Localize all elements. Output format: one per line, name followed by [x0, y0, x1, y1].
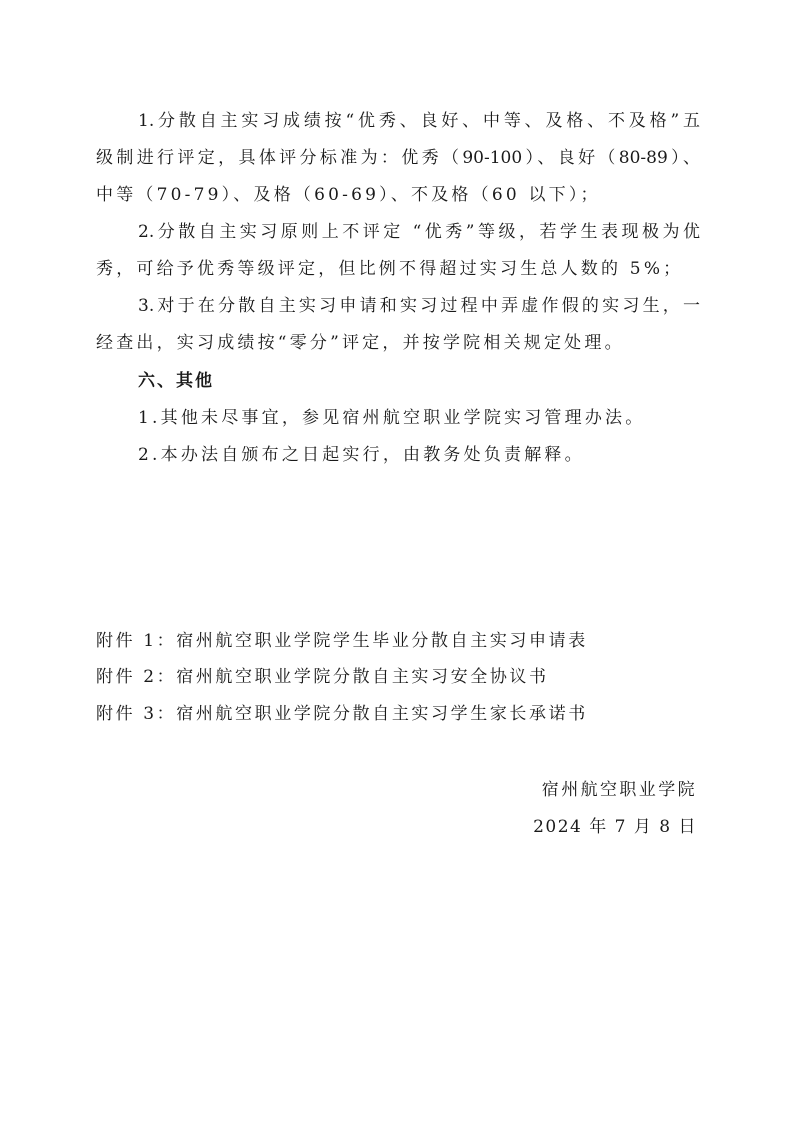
attachment-2: 附件 2：宿州航空职业学院分散自主实习安全协议书 [96, 666, 700, 688]
grading-item-1-line-1: 1.分散自主实习成绩按“优秀、良好、中等、及格、不及格”五 [138, 110, 700, 132]
grading-item-3-line-2: 经查出，实习成绩按“零分”评定，并按学院相关规定处理。 [96, 332, 700, 354]
section-6-heading: 六、其他 [138, 370, 700, 392]
grading-item-2-line-2: 秀，可给予优秀等级评定，但比例不得超过实习生总人数的 5%； [96, 258, 700, 280]
grading-item-1-line-2: 级制进行评定，具体评分标准为：优秀（90-100）、良好（80-89）、 [96, 147, 700, 169]
section-6-item-2: 2.本办法自颁布之日起实行，由教务处负责解释。 [138, 444, 700, 466]
signature-institution: 宿州航空职业学院 [542, 779, 697, 801]
attachment-1: 附件 1：宿州航空职业学院学生毕业分散自主实习申请表 [96, 630, 700, 652]
grading-item-1-line-3: 中等（70-79）、及格（60-69）、不及格（60 以下）； [96, 184, 700, 206]
section-6-item-1: 1.其他未尽事宜，参见宿州航空职业学院实习管理办法。 [138, 407, 700, 429]
attachment-3: 附件 3：宿州航空职业学院分散自主实习学生家长承诺书 [96, 703, 700, 725]
grading-item-2-line-1: 2.分散自主实习原则上不评定 “优秀”等级，若学生表现极为优 [138, 221, 700, 243]
grading-item-3-line-1: 3.对于在分散自主实习申请和实习过程中弄虚作假的实习生，一 [138, 295, 700, 317]
signature-date: 2024 年 7 月 8 日 [533, 816, 697, 838]
document-page: 1.分散自主实习成绩按“优秀、良好、中等、及格、不及格”五 级制进行评定，具体评… [0, 0, 793, 1122]
